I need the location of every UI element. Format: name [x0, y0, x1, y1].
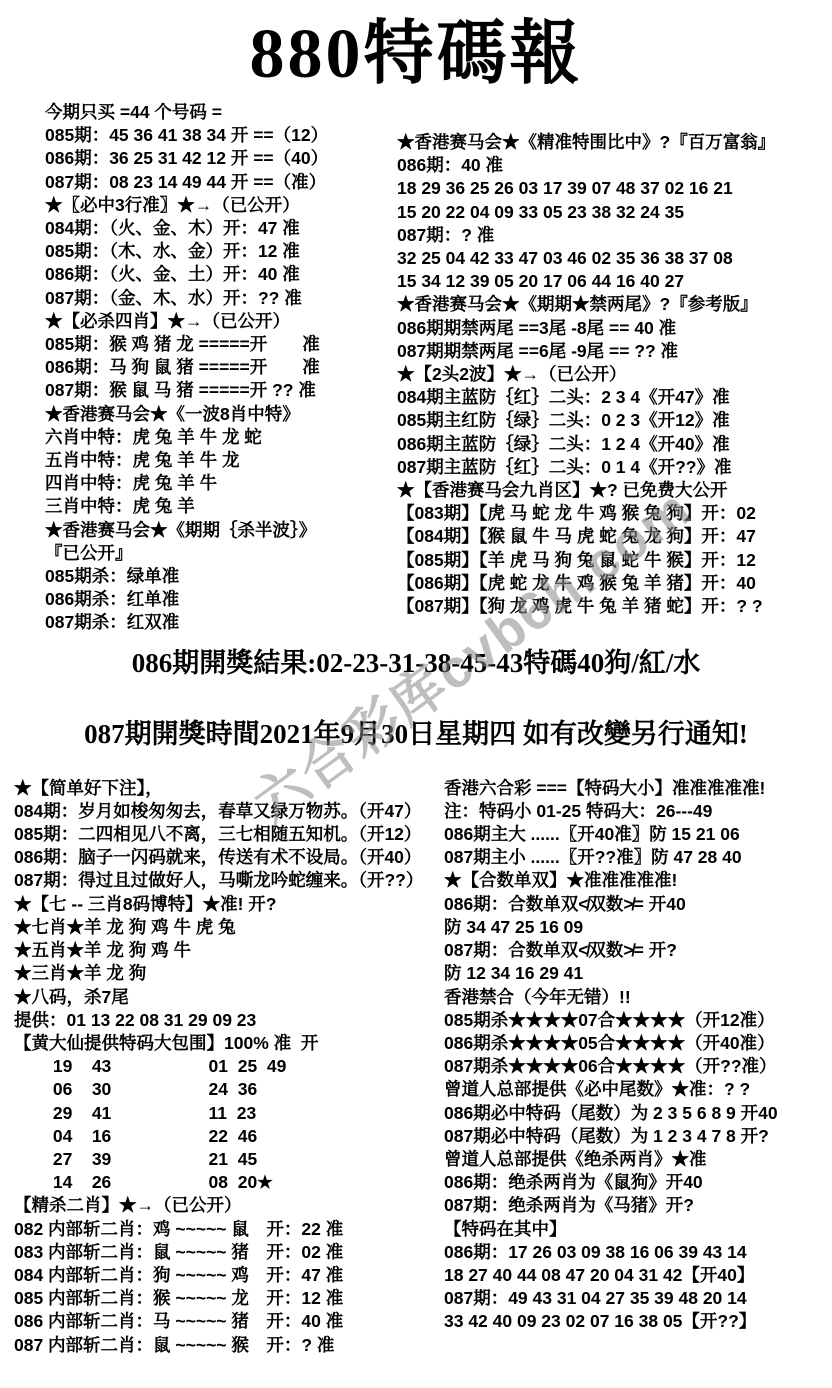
top-section: 今期只买 =44 个号码 =085期：45 36 41 38 34 开 ==（1… — [0, 101, 832, 635]
bottom-section: ★【简单好下注】，084期：岁月如梭匆匆去，春草又绿万物苏。（开47）085期：… — [0, 777, 832, 1357]
text-line: 086期：合数单双≮双数≯= 开40 — [444, 893, 830, 916]
text-line: ★【2头2波】★→（已公开） — [397, 363, 828, 386]
text-line: 084 内部斩二肖：狗 ~~~~~ 鸡 开：47 准 — [14, 1264, 444, 1287]
text-line: 086期：36 25 31 42 12 开 ==（40） — [45, 147, 395, 170]
text-line: 085期：45 36 41 38 34 开 ==（12） — [45, 124, 395, 147]
text-line: 六肖中特：虎 兔 羊 牛 龙 蛇 — [45, 426, 395, 449]
text-line: 五肖中特：虎 兔 羊 牛 龙 — [45, 449, 395, 472]
text-line: 四肖中特：虎 兔 羊 牛 — [45, 472, 395, 495]
draw-result-line: 086期開獎結果:02-23-31-38-45-43特碼40狗/紅/水 — [0, 641, 832, 680]
text-line: 【特码在其中】 — [444, 1218, 830, 1241]
text-line: 防 12 34 16 29 41 — [444, 962, 830, 985]
text-line: 086期期禁两尾 ==3尾 -8尾 == 40 准 — [397, 317, 828, 340]
text-line: 084期：岁月如梭匆匆去，春草又绿万物苏。（开47） — [14, 800, 444, 823]
text-line: 14 26 08 20★ — [14, 1171, 444, 1194]
text-line: 086期：17 26 03 09 38 16 06 39 43 14 — [444, 1241, 830, 1264]
text-line: 086期：40 准 — [397, 154, 828, 177]
text-line: 082 内部斩二肖：鸡 ~~~~~ 鼠 开：22 准 — [14, 1218, 444, 1241]
text-line: 19 43 01 25 49 — [14, 1055, 444, 1078]
text-line: 085 内部斩二肖：猴 ~~~~~ 龙 开：12 准 — [14, 1287, 444, 1310]
text-line: 084期：（火、金、木）开：47 准 — [45, 217, 395, 240]
text-line: 04 16 22 46 — [14, 1125, 444, 1148]
text-line: 香港六合彩 ===【特码大小】准准准准准! — [444, 777, 830, 800]
bottom-left-column: ★【简单好下注】，084期：岁月如梭匆匆去，春草又绿万物苏。（开47）085期：… — [0, 777, 444, 1357]
text-line: 085期主红防｛绿｝二头：0 2 3《开12》准 — [397, 409, 828, 432]
text-line: 15 20 22 04 09 33 05 23 38 32 24 35 — [397, 201, 828, 224]
text-line: 083 内部斩二肖：鼠 ~~~~~ 猪 开：02 准 — [14, 1241, 444, 1264]
text-line: 32 25 04 42 33 47 03 46 02 35 36 38 37 0… — [397, 247, 828, 270]
text-line: ★香港赛马会★《精准特围比中》?『百万富翁』 — [397, 131, 828, 154]
text-line: 33 42 40 09 23 02 07 16 38 05【开??】 — [444, 1310, 830, 1333]
text-line: 【黄大仙提供特码大包围】100% 准 开 — [14, 1032, 444, 1055]
text-line: ★【简单好下注】， — [14, 777, 444, 800]
text-line: 086期杀：红单准 — [45, 588, 395, 611]
text-line: 086 内部斩二肖：马 ~~~~~ 猪 开：40 准 — [14, 1310, 444, 1333]
text-line: 18 29 36 25 26 03 17 39 07 48 37 02 16 2… — [397, 177, 828, 200]
text-line: 06 30 24 36 — [14, 1078, 444, 1101]
text-line: ★三肖★羊 龙 狗 — [14, 962, 444, 985]
text-line: 29 41 11 23 — [14, 1102, 444, 1125]
text-line: 087期：08 23 14 49 44 开 ==（准） — [45, 171, 395, 194]
text-line: 086期主大 ......〖开40准〗防 15 21 06 — [444, 823, 830, 846]
text-line: 087期必中特码（尾数）为 1 2 3 4 7 8 开? — [444, 1125, 830, 1148]
text-line: 087期杀：红双准 — [45, 611, 395, 634]
text-line: 15 34 12 39 05 20 17 06 44 16 40 27 — [397, 270, 828, 293]
text-line: 086期杀★★★★05合★★★★（开40准） — [444, 1032, 830, 1055]
text-line: 【085期】【羊 虎 马 狗 兔 鼠 蛇 牛 猴】开：12 — [397, 549, 828, 572]
text-line: ★【合数单双】★准准准准准! — [444, 869, 830, 892]
top-left-column: 今期只买 =44 个号码 =085期：45 36 41 38 34 开 ==（1… — [0, 101, 395, 635]
text-line: 087期：得过且过做好人，马嘶龙吟蛇缠来。（开??） — [14, 869, 444, 892]
text-line: 087期：（金、木、水）开：?? 准 — [45, 287, 395, 310]
text-line: 注：特码小 01-25 特码大：26---49 — [444, 800, 830, 823]
text-line: 085期杀★★★★07合★★★★（开12准） — [444, 1009, 830, 1032]
text-line: 087期期禁两尾 ==6尾 -9尾 == ?? 准 — [397, 340, 828, 363]
text-line: 084期主蓝防｛红｝二头：2 3 4《开47》准 — [397, 386, 828, 409]
text-line: 曾道人总部提供《绝杀两肖》★准 — [444, 1148, 830, 1171]
text-line: ★香港赛马会★《期期｛杀半波｝》 — [45, 519, 395, 542]
text-line: 086期：绝杀两肖为《鼠狗》开40 — [444, 1171, 830, 1194]
text-line: 提供：01 13 22 08 31 29 09 23 — [14, 1009, 444, 1032]
text-line: ★〖必中3行准〗★→（已公开） — [45, 194, 395, 217]
bottom-right-column: 香港六合彩 ===【特码大小】准准准准准!注：特码小 01-25 特码大：26-… — [444, 777, 832, 1357]
text-line: 三肖中特：虎 兔 羊 — [45, 495, 395, 518]
page-title: 880特碼報 — [0, 0, 832, 93]
text-line: ★【香港赛马会九肖区】★? 已免费大公开 — [397, 479, 828, 502]
top-right-column: ★香港赛马会★《精准特围比中》?『百万富翁』086期：40 准18 29 36 … — [395, 101, 832, 635]
text-line: ★【七 -- 三肖8码博特】★准! 开? — [14, 893, 444, 916]
text-line: 085期：二四相见八不离，三七相随五知机。（开12） — [14, 823, 444, 846]
text-line: 今期只买 =44 个号码 = — [45, 101, 395, 124]
text-line: 085期杀：绿单准 — [45, 565, 395, 588]
text-line: 087期杀★★★★06合★★★★（开??准） — [444, 1055, 830, 1078]
text-line: ★五肖★羊 龙 狗 鸡 牛 — [14, 939, 444, 962]
text-line: 086期主蓝防｛绿｝二头：1 2 4《开40》准 — [397, 433, 828, 456]
text-line: 087期主小 ......〖开??准〗防 47 28 40 — [444, 846, 830, 869]
text-line: 087期：绝杀两肖为《马猪》开? — [444, 1194, 830, 1217]
text-line: 087期主蓝防｛红｝二头：0 1 4《开??》准 — [397, 456, 828, 479]
text-line: 香港禁合（今年无错）!! — [444, 986, 830, 1009]
text-line: ★【必杀四肖】★→（已公开） — [45, 310, 395, 333]
text-line: 086期：脑子一闪码就来，传送有术不设局。（开40） — [14, 846, 444, 869]
text-line: 087期：猴 鼠 马 猪 =====开 ?? 准 — [45, 379, 395, 402]
text-line: 【084期】【猴 鼠 牛 马 虎 蛇 兔 龙 狗】开：47 — [397, 525, 828, 548]
text-line: ★八码，杀7尾 — [14, 986, 444, 1009]
text-line: 『已公开』 — [45, 542, 395, 565]
text-line: 087期：? 准 — [397, 224, 828, 247]
text-line: 087期：合数单双≮双数≯= 开? — [444, 939, 830, 962]
text-line: ★七肖★羊 龙 狗 鸡 牛 虎 兔 — [14, 916, 444, 939]
text-line: 085期：猴 鸡 猪 龙 =====开 准 — [45, 333, 395, 356]
text-line: 曾道人总部提供《必中尾数》★准：? ? — [444, 1078, 830, 1101]
text-line: 087 内部斩二肖：鼠 ~~~~~ 猴 开：? 准 — [14, 1334, 444, 1357]
next-draw-time-line: 087期開獎時間2021年9月30日星期四 如有改變另行通知! — [0, 712, 832, 751]
text-line: 18 27 40 44 08 47 20 04 31 42【开40】 — [444, 1264, 830, 1287]
text-line: 085期：（木、水、金）开：12 准 — [45, 240, 395, 263]
text-line: ★香港赛马会★《期期★禁两尾》?『参考版』 — [397, 293, 828, 316]
text-line: 【087期】【狗 龙 鸡 虎 牛 兔 羊 猪 蛇】开：? ? — [397, 595, 828, 618]
text-line: 【精杀二肖】★→（已公开） — [14, 1194, 444, 1217]
draw-banner: 086期開獎結果:02-23-31-38-45-43特碼40狗/紅/水 087期… — [0, 641, 832, 751]
text-line: 086期：马 狗 鼠 猪 =====开 准 — [45, 356, 395, 379]
text-line: 27 39 21 45 — [14, 1148, 444, 1171]
text-line: 087期：49 43 31 04 27 35 39 48 20 14 — [444, 1287, 830, 1310]
text-line: ★香港赛马会★《一波8肖中特》 — [45, 403, 395, 426]
text-line: 【083期】【虎 马 蛇 龙 牛 鸡 猴 兔 狗】开：02 — [397, 502, 828, 525]
text-line: 086期必中特码（尾数）为 2 3 5 6 8 9 开40 — [444, 1102, 830, 1125]
text-line: 086期：（火、金、土）开：40 准 — [45, 263, 395, 286]
text-line: 【086期】【虎 蛇 龙 牛 鸡 猴 兔 羊 猪】开：40 — [397, 572, 828, 595]
text-line: 防 34 47 25 16 09 — [444, 916, 830, 939]
